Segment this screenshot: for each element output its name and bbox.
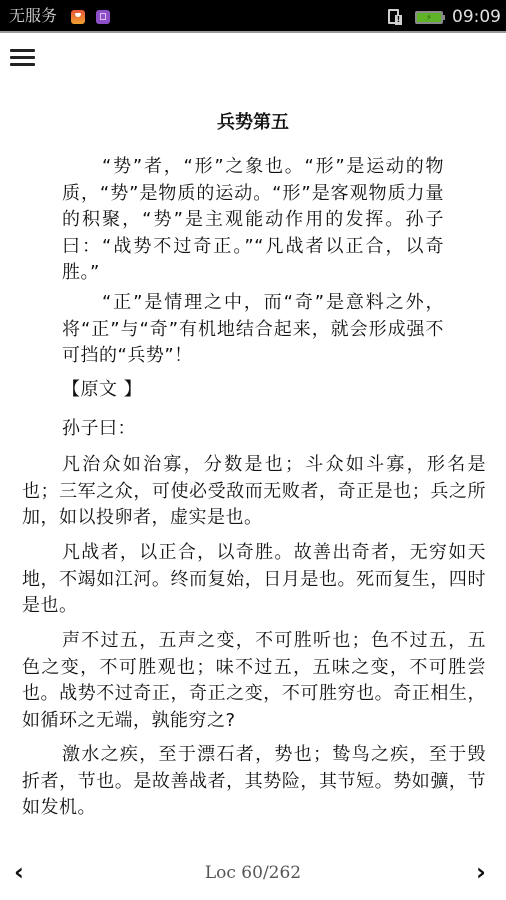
intro-paragraph: “势”者，“形”之象也。“形”是运动的物质，“势”是物质的运动。“形”是客观物质… bbox=[62, 154, 444, 287]
original-paragraph: 凡治众如治寡，分数是也；斗众如斗寡，形名是也；三军之众，可使必受敌而无败者，奇正… bbox=[22, 452, 486, 532]
carrier-label: 无服务 bbox=[9, 7, 57, 25]
sim-alert-icon: ! bbox=[395, 15, 402, 25]
original-paragraph: 声不过五，五声之变，不可胜听也；色不过五，五色之变，不可胜观也；味不过五，五味之… bbox=[22, 628, 486, 734]
chapter-title: 兵势第五 bbox=[0, 112, 506, 134]
speaker-line: 孙子曰： bbox=[62, 416, 444, 443]
location-indicator: Loc 60/262 bbox=[0, 863, 506, 883]
app-notification-icon bbox=[96, 10, 110, 24]
clock: 09:09 bbox=[452, 7, 501, 27]
intro-paragraph: “正”是情理之中，而“奇”是意料之外，将“正”与“奇”有机地结合起来，就会形成强… bbox=[62, 290, 444, 370]
next-page-button[interactable]: › bbox=[476, 860, 496, 884]
battery-tip bbox=[443, 15, 445, 20]
status-bar: 无服务 ! ⚡ 09:09 bbox=[0, 0, 506, 33]
original-paragraph: 激水之疾，至于漂石者，势也；鸷鸟之疾，至于毁折者，节也。是故善战者，其势险，其节… bbox=[22, 742, 486, 822]
app-notification-icon bbox=[71, 10, 85, 24]
hamburger-menu-icon[interactable] bbox=[10, 46, 36, 68]
section-label: 【原文 】 bbox=[62, 377, 444, 404]
page-navigation: ‹ Loc 60/262 › bbox=[0, 852, 506, 896]
charging-icon: ⚡ bbox=[424, 14, 434, 21]
original-paragraph: 凡战者，以正合，以奇胜。故善出奇者，无穷如天地，不竭如江河。终而复始，日月是也。… bbox=[22, 540, 486, 620]
